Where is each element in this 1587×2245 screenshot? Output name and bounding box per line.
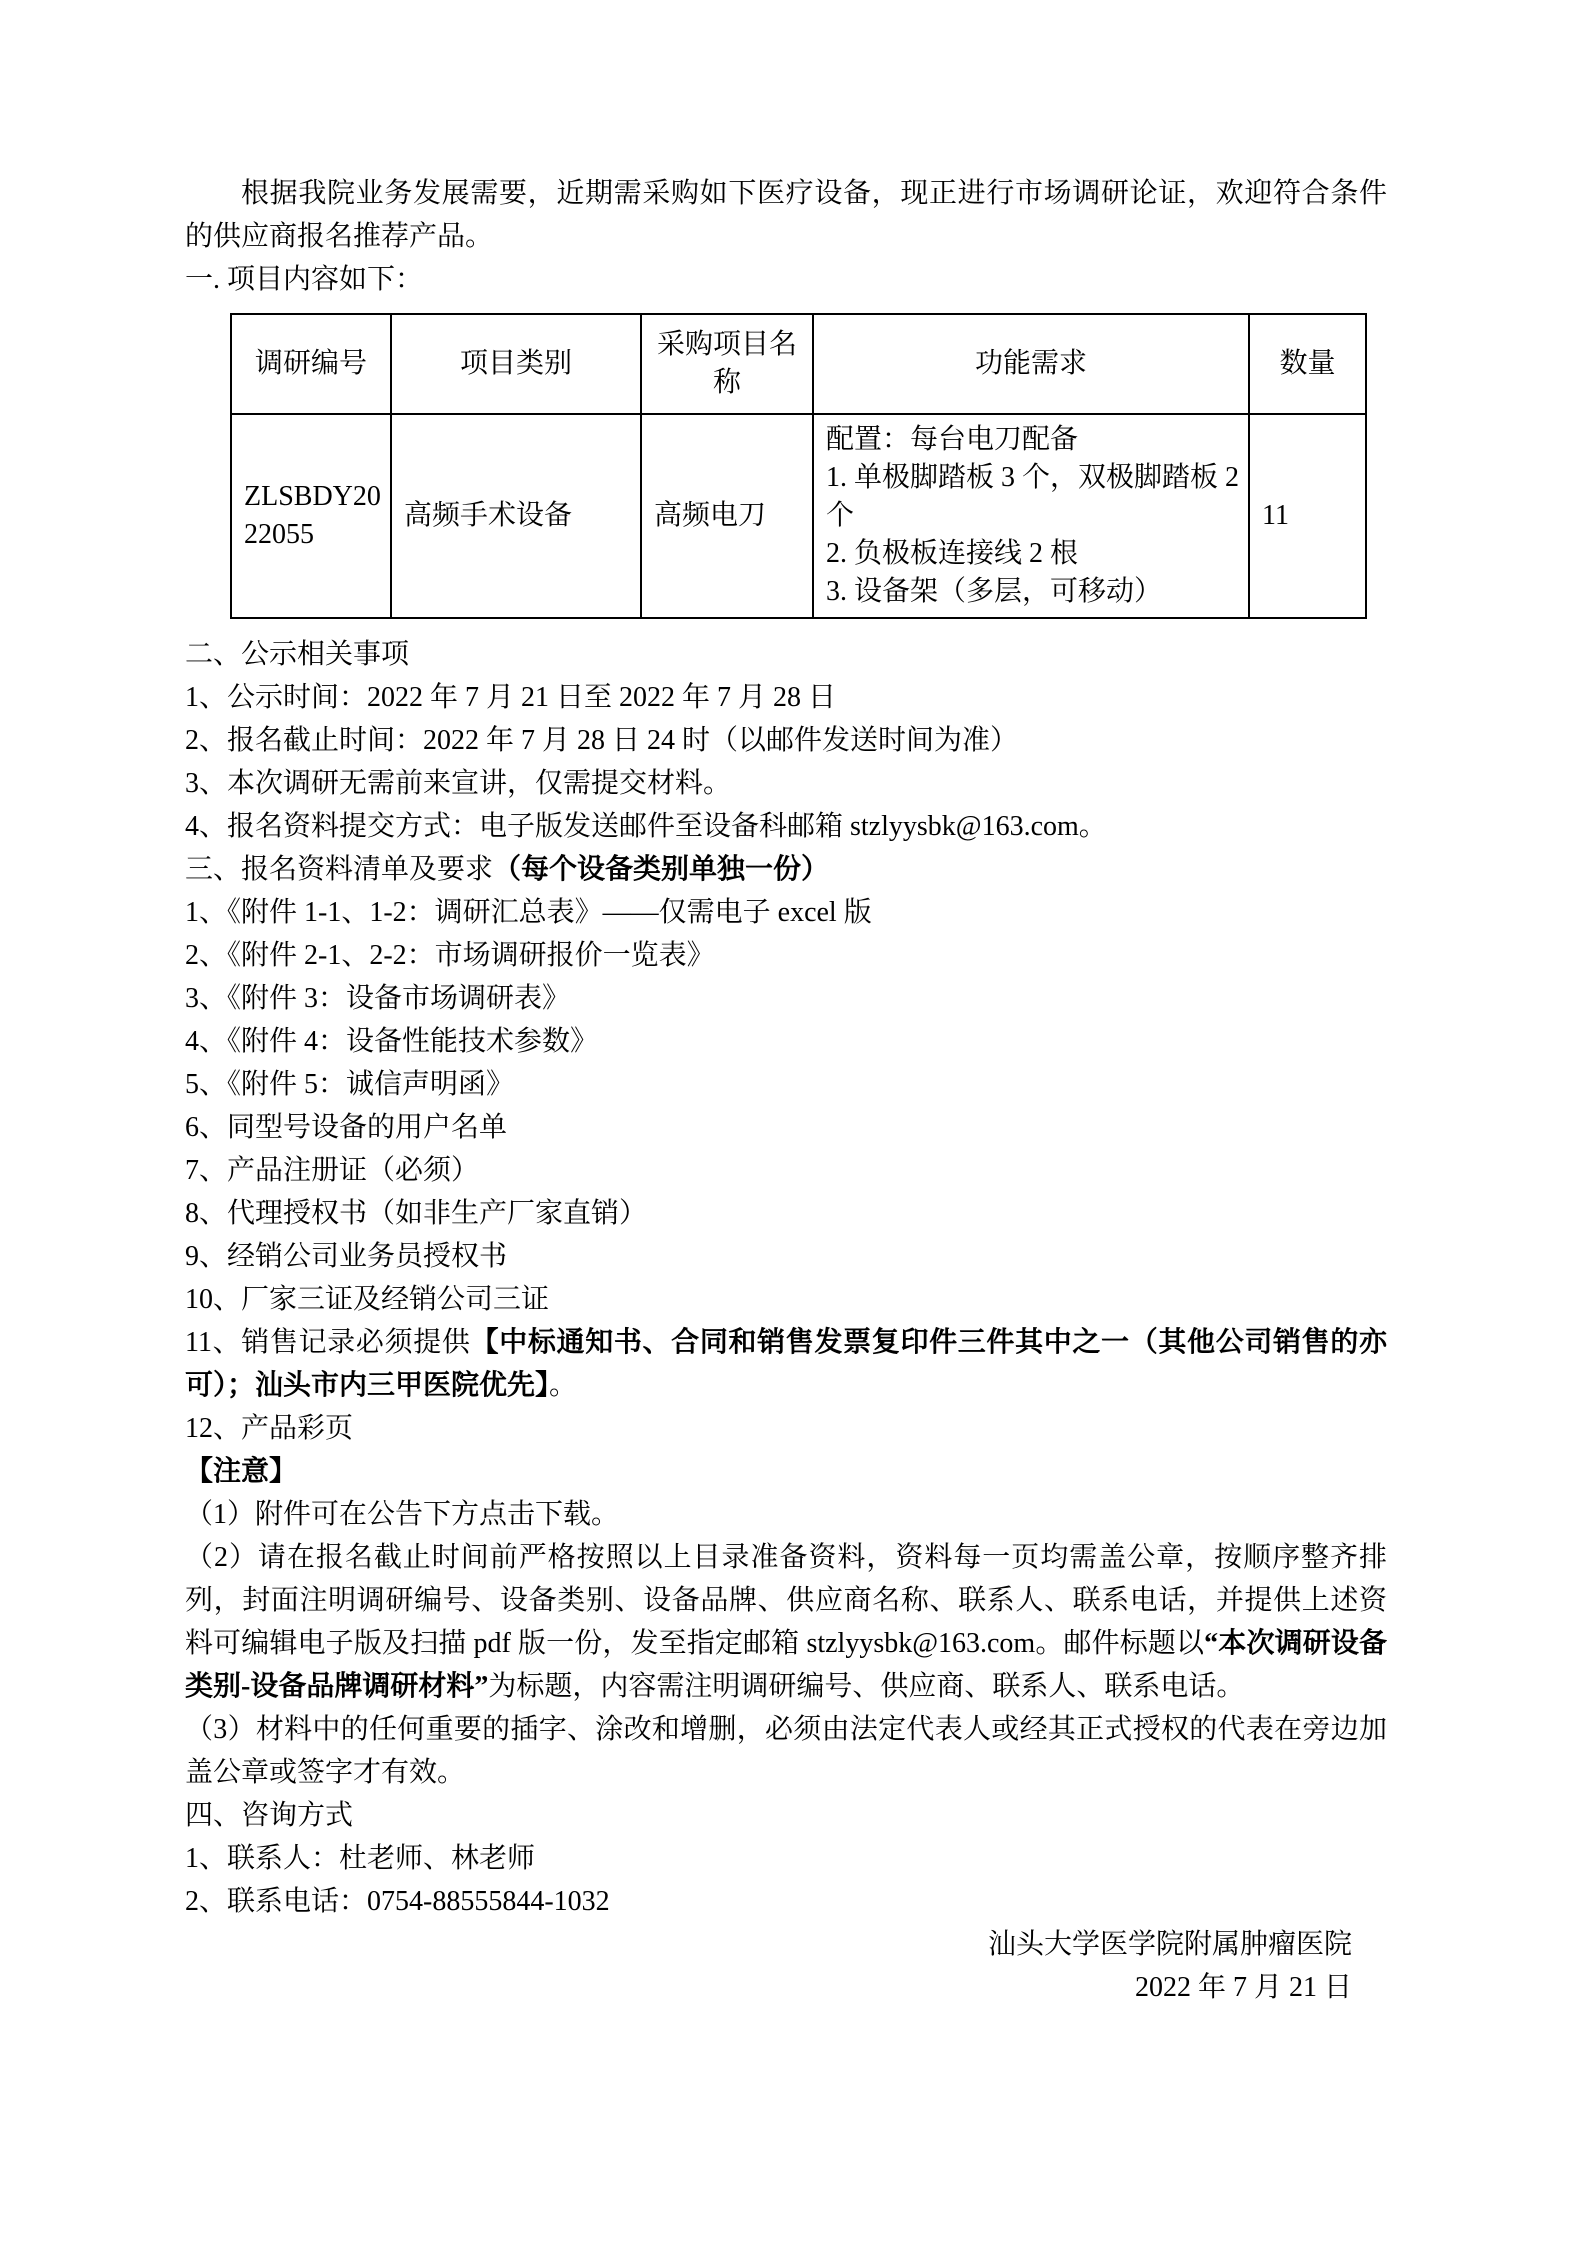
section4-title: 四、咨询方式 bbox=[185, 1794, 1387, 1837]
table-header-row: 调研编号 项目类别 采购项目名称 功能需求 数量 bbox=[231, 314, 1366, 414]
section3-item-2: 2、《附件 2-1、2-2：市场调研报价一览表》 bbox=[185, 934, 1387, 977]
section2-item-2: 2、报名截止时间：2022 年 7 月 28 日 24 时（以邮件发送时间为准） bbox=[185, 719, 1387, 762]
section3-title: 三、报名资料清单及要求（每个设备类别单独一份） bbox=[185, 848, 1387, 891]
section3-item-1: 1、《附件 1-1、1-2：调研汇总表》——仅需电子 excel 版 bbox=[185, 891, 1387, 934]
section3-item-8: 8、代理授权书（如非生产厂家直销） bbox=[185, 1192, 1387, 1235]
cell-project-category: 高频手术设备 bbox=[391, 414, 641, 618]
header-function-requirements: 功能需求 bbox=[813, 314, 1249, 414]
item11-prefix: 11、销售记录必须提供 bbox=[185, 1327, 471, 1358]
notice-title: 【注意】 bbox=[185, 1450, 1387, 1493]
section3-item-7: 7、产品注册证（必须） bbox=[185, 1149, 1387, 1192]
requirement-line: 1. 单极脚踏板 3 个，双极脚踏板 2 个 bbox=[826, 459, 1240, 535]
cell-function-requirements: 配置：每台电刀配备 1. 单极脚踏板 3 个，双极脚踏板 2 个 2. 负极板连… bbox=[813, 414, 1249, 618]
section3-item-9: 9、经销公司业务员授权书 bbox=[185, 1235, 1387, 1278]
item11-suffix: 。 bbox=[549, 1370, 577, 1401]
section3-title-bold: （每个设备类别单独一份） bbox=[493, 854, 829, 885]
notice-item-3: （3）材料中的任何重要的插字、涂改和增删，必须由法定代表人或经其正式授权的代表在… bbox=[185, 1708, 1387, 1794]
section3-item-6: 6、同型号设备的用户名单 bbox=[185, 1106, 1387, 1149]
section2-item-3: 3、本次调研无需前来宣讲，仅需提交材料。 bbox=[185, 762, 1387, 805]
cell-quantity: 11 bbox=[1249, 414, 1366, 618]
section3-item-10: 10、厂家三证及经销公司三证 bbox=[185, 1278, 1387, 1321]
section3-item-11: 11、销售记录必须提供【中标通知书、合同和销售发票复印件三件其中之一（其他公司销… bbox=[185, 1321, 1387, 1407]
section2-item-1: 1、公示时间：2022 年 7 月 21 日至 2022 年 7 月 28 日 bbox=[185, 676, 1387, 719]
signature-organization: 汕头大学医学院附属肿瘤医院 bbox=[185, 1923, 1387, 1966]
intro-paragraph: 根据我院业务发展需要，近期需采购如下医疗设备，现正进行市场调研论证，欢迎符合条件… bbox=[185, 172, 1387, 258]
section2-item-4: 4、报名资料提交方式：电子版发送邮件至设备科邮箱 stzlyysbk@163.c… bbox=[185, 805, 1387, 848]
requirement-line: 2. 负极板连接线 2 根 bbox=[826, 535, 1240, 573]
section4-item-1: 1、联系人：杜老师、林老师 bbox=[185, 1837, 1387, 1880]
notice-item-1: （1）附件可在公告下方点击下载。 bbox=[185, 1493, 1387, 1536]
requirement-line: 3. 设备架（多层，可移动） bbox=[826, 573, 1240, 611]
section3-item-4: 4、《附件 4：设备性能技术参数》 bbox=[185, 1020, 1387, 1063]
notice-item2-suffix: 为标题，内容需注明调研编号、供应商、联系人、联系电话。 bbox=[488, 1671, 1244, 1702]
section1-title: 一. 项目内容如下： bbox=[185, 258, 1387, 301]
header-project-category: 项目类别 bbox=[391, 314, 641, 414]
section3-item-12: 12、产品彩页 bbox=[185, 1407, 1387, 1450]
table-row: ZLSBDY2022055 高频手术设备 高频电刀 配置：每台电刀配备 1. 单… bbox=[231, 414, 1366, 618]
section3-title-text: 三、报名资料清单及要求 bbox=[185, 854, 493, 885]
cell-survey-code: ZLSBDY2022055 bbox=[231, 414, 391, 618]
section3-item-3: 3、《附件 3：设备市场调研表》 bbox=[185, 977, 1387, 1020]
notice-item-2: （2）请在报名截止时间前严格按照以上目录准备资料，资料每一页均需盖公章，按顺序整… bbox=[185, 1536, 1387, 1708]
cell-purchase-item-name: 高频电刀 bbox=[641, 414, 813, 618]
header-purchase-item-name: 采购项目名称 bbox=[641, 314, 813, 414]
project-table: 调研编号 项目类别 采购项目名称 功能需求 数量 ZLSBDY2022055 高… bbox=[230, 313, 1367, 619]
procurement-notice-document: 根据我院业务发展需要，近期需采购如下医疗设备，现正进行市场调研论证，欢迎符合条件… bbox=[0, 0, 1587, 2245]
header-survey-code: 调研编号 bbox=[231, 314, 391, 414]
requirement-line: 配置：每台电刀配备 bbox=[826, 421, 1240, 459]
section3-item-5: 5、《附件 5：诚信声明函》 bbox=[185, 1063, 1387, 1106]
section4-item-2: 2、联系电话：0754-88555844-1032 bbox=[185, 1880, 1387, 1923]
section2-title: 二、公示相关事项 bbox=[185, 633, 1387, 676]
signature-date: 2022 年 7 月 21 日 bbox=[185, 1966, 1387, 2009]
header-quantity: 数量 bbox=[1249, 314, 1366, 414]
